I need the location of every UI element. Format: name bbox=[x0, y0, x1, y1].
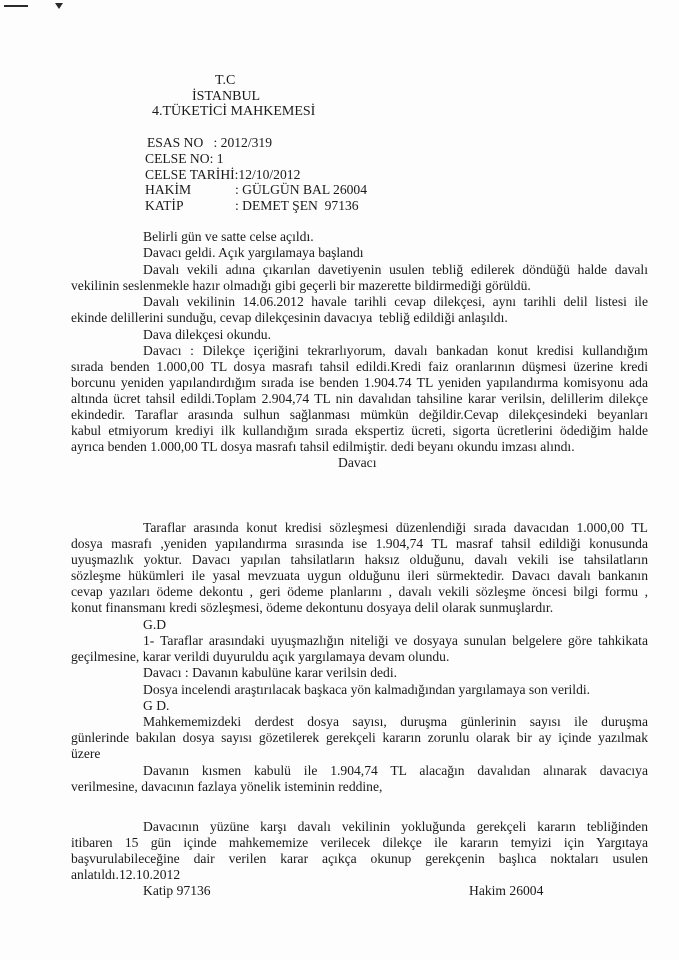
body-line: sözleşme hükümleri ile yasal mevzuata uy… bbox=[71, 568, 648, 584]
body-line: cevap yazıları ödeme dekontu , geri ödem… bbox=[71, 584, 648, 600]
body-line: 1- Taraflar arasındaki uyuşmazlığın nite… bbox=[143, 633, 648, 649]
section-gd: G D. bbox=[143, 698, 169, 714]
body-line: anlatıldı.12.10.2012 bbox=[71, 867, 180, 883]
body-line: konut finansmanı kredi sözleşmesi, ödeme… bbox=[71, 600, 553, 616]
body-line: verilmesine, davacının fazlaya yönelik i… bbox=[71, 779, 382, 795]
section-gd: G.D bbox=[143, 617, 166, 633]
header-city: İSTANBUL bbox=[192, 89, 260, 105]
signature-katip: Katip 97136 bbox=[143, 883, 211, 899]
body-line: dosya masrafı ,yeniden yapılandırma sıra… bbox=[71, 536, 648, 552]
body-line: sırada benden 1.000,00 TL dosya masrafı … bbox=[71, 359, 648, 375]
body-line: ayrıca benden 1.000,00 TL dosya masrafı … bbox=[71, 439, 575, 455]
body-line: ekindedir. Taraflar arasında sulhun sağl… bbox=[71, 407, 648, 423]
body-line: geçilmesine, karar verildi duyuruldu açı… bbox=[71, 649, 449, 665]
katip-value: : DEMET ŞEN 97136 bbox=[235, 198, 359, 214]
court-record-page: T.C İSTANBUL 4.TÜKETİCİ MAHKEMESİ ESAS N… bbox=[0, 0, 679, 960]
esas-no-text: ESAS NO : 2012/319 bbox=[147, 135, 272, 150]
header-tc: T.C bbox=[215, 73, 235, 89]
body-line: uyuşmazlık yoktur. Davacı yapılan tahsil… bbox=[71, 552, 648, 568]
body-line: Belirli gün ve satte celse açıldı. bbox=[143, 229, 314, 245]
body-line: başvurulabileceğine dair verilen karar a… bbox=[71, 851, 648, 867]
body-line: vekilinin seslenmekle hazır olmadığı gib… bbox=[71, 278, 531, 294]
body-line: Mahkememizdeki derdest dosya sayısı, dur… bbox=[143, 714, 648, 730]
celse-tarihi: CELSE TARİHİ:12/10/2012 bbox=[145, 167, 300, 183]
katip-row: KATİP : DEMET ŞEN 97136 bbox=[145, 198, 184, 214]
body-line: Dosya incelendi araştırılacak başkaca yö… bbox=[143, 682, 590, 698]
celse-no-text: CELSE NO: 1 bbox=[145, 151, 224, 166]
body-line: Dava dilekçesi okundu. bbox=[143, 327, 271, 343]
body-line: Davalı vekilinin 14.06.2012 havale tarih… bbox=[143, 294, 648, 310]
body-line: Davacı : Davanın kabulüne karar verilsin… bbox=[143, 665, 397, 681]
body-line: Davacı : Dilekçe içeriğini tekrarlıyorum… bbox=[143, 343, 648, 359]
hakim-label: HAKİM bbox=[145, 182, 191, 198]
celse-tarihi-text: CELSE TARİHİ:12/10/2012 bbox=[145, 167, 300, 182]
body-line: Davalı vekili adına çıkarılan davetiyeni… bbox=[143, 262, 648, 278]
hakim-row: HAKİM : GÜLGÜN BAL 26004 bbox=[145, 182, 191, 198]
katip-label: KATİP bbox=[145, 198, 184, 214]
body-line: Davanın kısmen kabulü ile 1.904,74 TL al… bbox=[143, 763, 648, 779]
scan-artifact-triangle bbox=[55, 3, 63, 9]
scan-artifact-dash bbox=[4, 5, 28, 7]
header-court-name: 4.TÜKETİCİ MAHKEMESİ bbox=[152, 104, 315, 120]
body-line: günlerinde bakılan dosya sayısı gözetile… bbox=[71, 730, 648, 746]
body-line: Davacı geldi. Açık yargılamaya başlandı bbox=[143, 245, 364, 261]
body-line: itibaren 15 gün içinde mahkememize veril… bbox=[71, 835, 648, 851]
body-line: kabul etmiyorum krediyi ilk kullandığım … bbox=[71, 423, 648, 439]
signature-hakim: Hakim 26004 bbox=[469, 883, 543, 899]
signature-davaci: Davacı bbox=[338, 455, 377, 471]
body-line: altında ücret tahsil edildi.Toplam 2.904… bbox=[71, 391, 648, 407]
body-line: ekinde delillerini sunduğu, cevap dilekç… bbox=[71, 310, 508, 326]
body-line: borcunu yeniden yapılandırdığım sırada i… bbox=[71, 375, 648, 391]
esas-no: ESAS NO : 2012/319 bbox=[147, 135, 272, 151]
hakim-value: : GÜLGÜN BAL 26004 bbox=[235, 182, 367, 198]
body-line: Davacının yüzüne karşı davalı vekilinin … bbox=[143, 819, 648, 835]
body-line: üzere bbox=[71, 746, 100, 762]
body-line: Taraflar arasında konut kredisi sözleşme… bbox=[143, 520, 648, 536]
celse-no: CELSE NO: 1 bbox=[145, 151, 224, 167]
